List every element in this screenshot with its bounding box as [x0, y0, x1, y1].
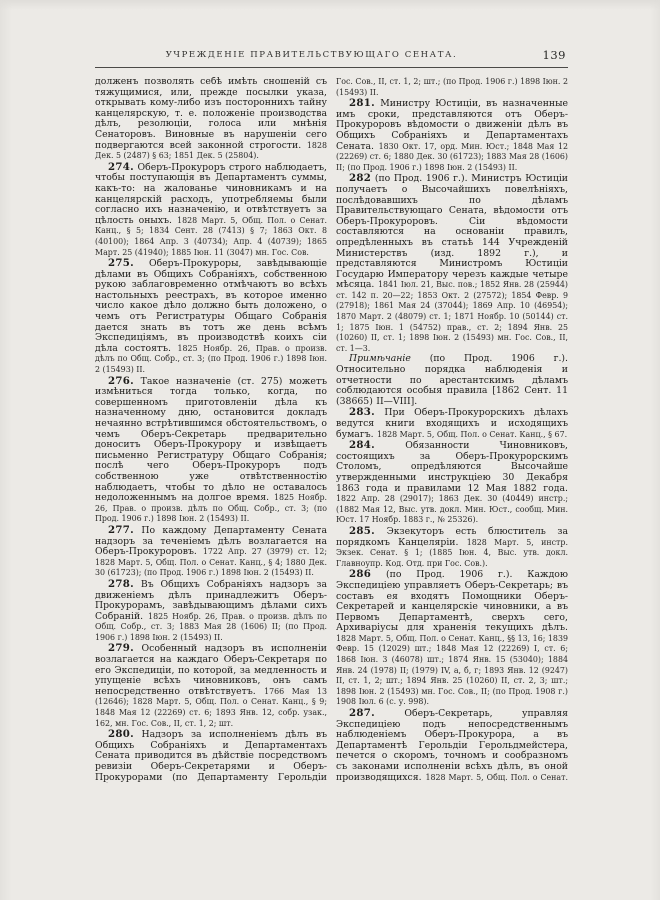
paragraph: 280. Надзоръ за исполненіемъ дѣлъ въ Общ…: [95, 729, 327, 783]
article-text: долженъ позволять себѣ имѣть сношеній съ…: [95, 77, 327, 151]
citation: 1841 Іюл. 21, Выс. пов.; 1852 Янв. 28 (2…: [336, 280, 568, 353]
paragraph: 281. Министру Юстиціи, въ назначенные им…: [336, 98, 568, 173]
paragraph: 279. Особенный надзоръ въ исполненіи воз…: [95, 643, 327, 729]
article-text: (по Прод. 1906 г.). Министръ Юстиціи пол…: [336, 173, 568, 290]
paragraph: Примѣчаніе (по Прод. 1906 г.). Относител…: [336, 354, 568, 407]
citation: 1828 Март. 5, Общ. Пол. о Сенат. Канц., …: [336, 634, 568, 707]
page-number: 139: [543, 48, 566, 62]
article-number: 286: [349, 568, 371, 580]
citation: Гос. Сов., II, ст. 1, 2; шт.; (по Прод. …: [336, 77, 568, 97]
article-text: Оберъ-Прокуроры, завѣдывающіе дѣлами въ …: [95, 258, 327, 354]
paragraph: 275. Оберъ-Прокуроры, завѣдывающіе дѣлам…: [95, 258, 327, 376]
paragraph: 283. При Оберъ-Прокурорскихъ дѣлахъ веду…: [336, 407, 568, 440]
article-text: Такое назначеніе (ст. 275) можетъ измѣни…: [95, 376, 327, 504]
article-text: Оберъ-Секретарь, управляя Экспедиціею по…: [336, 708, 568, 783]
article-number: 275.: [108, 257, 134, 269]
paragraph: 282 (по Прод. 1906 г.). Министръ Юстиціи…: [336, 173, 568, 354]
article-number: 282: [349, 172, 371, 184]
article-number: 281.: [349, 97, 375, 109]
article-number: 274.: [108, 161, 134, 173]
note-lead: Примѣчаніе: [349, 353, 411, 364]
article-number: 279.: [108, 642, 134, 654]
article-text: (по Прод. 1906 г.). Каждою Экспедиціею у…: [336, 569, 568, 633]
article-number: 276.: [108, 375, 134, 387]
paragraph: 277. По каждому Департаменту Сената надз…: [95, 525, 327, 579]
article-number: 278.: [108, 578, 134, 590]
article-number: 284.: [349, 439, 375, 451]
article-number: 277.: [108, 524, 134, 536]
article-number: 280.: [108, 728, 134, 740]
article-number: 283.: [349, 406, 375, 418]
paragraph: Гос. Сов., II, ст. 1, 2; шт.; (по Прод. …: [336, 77, 568, 98]
page-header-title: УЧРЕЖДЕНІЕ ПРАВИТЕЛЬСТВУЮЩАГО СЕНАТА.: [95, 50, 528, 60]
citation: 1828 Март. 5, Общ. Пол. о Сенат. Канц., …: [377, 430, 567, 439]
right-column: Гос. Сов., II, ст. 1, 2; шт.; (по Прод. …: [336, 77, 568, 783]
body-columns: долженъ позволять себѣ имѣть сношеній съ…: [95, 77, 568, 783]
citation: 1822 Апр. 28 (29017); 1863 Дек. 30 (4044…: [336, 494, 568, 524]
paragraph: 274. Оберъ-Прокуроръ строго наблюдаетъ, …: [95, 162, 327, 258]
text-block: УЧРЕЖДЕНІЕ ПРАВИТЕЛЬСТВУЮЩАГО СЕНАТА. 13…: [95, 50, 568, 783]
left-column: долженъ позволять себѣ имѣть сношеній съ…: [95, 77, 327, 783]
paragraph: 285. Экзекуторъ есть блюститель за поряд…: [336, 526, 568, 569]
header-rule: [95, 67, 568, 68]
paragraph: 287. Оберъ-Секретарь, управляя Экспедиці…: [336, 708, 568, 783]
paragraph: 278. Въ Общихъ Собраніяхъ надзоръ за дви…: [95, 579, 327, 644]
article-number: 287.: [349, 707, 375, 719]
paragraph: 276. Такое назначеніе (ст. 275) можетъ и…: [95, 376, 327, 525]
running-header: УЧРЕЖДЕНІЕ ПРАВИТЕЛЬСТВУЮЩАГО СЕНАТА. 13…: [95, 50, 568, 64]
paragraph: 286 (по Прод. 1906 г.). Каждою Экспедиці…: [336, 569, 568, 708]
article-number: 285.: [349, 525, 375, 537]
paragraph: долженъ позволять себѣ имѣть сношеній съ…: [95, 77, 327, 162]
scanned-document-page: УЧРЕЖДЕНІЕ ПРАВИТЕЛЬСТВУЮЩАГО СЕНАТА. 13…: [0, 0, 660, 900]
paragraph: 284. Обязанности Чиновниковъ, состоящихъ…: [336, 440, 568, 526]
